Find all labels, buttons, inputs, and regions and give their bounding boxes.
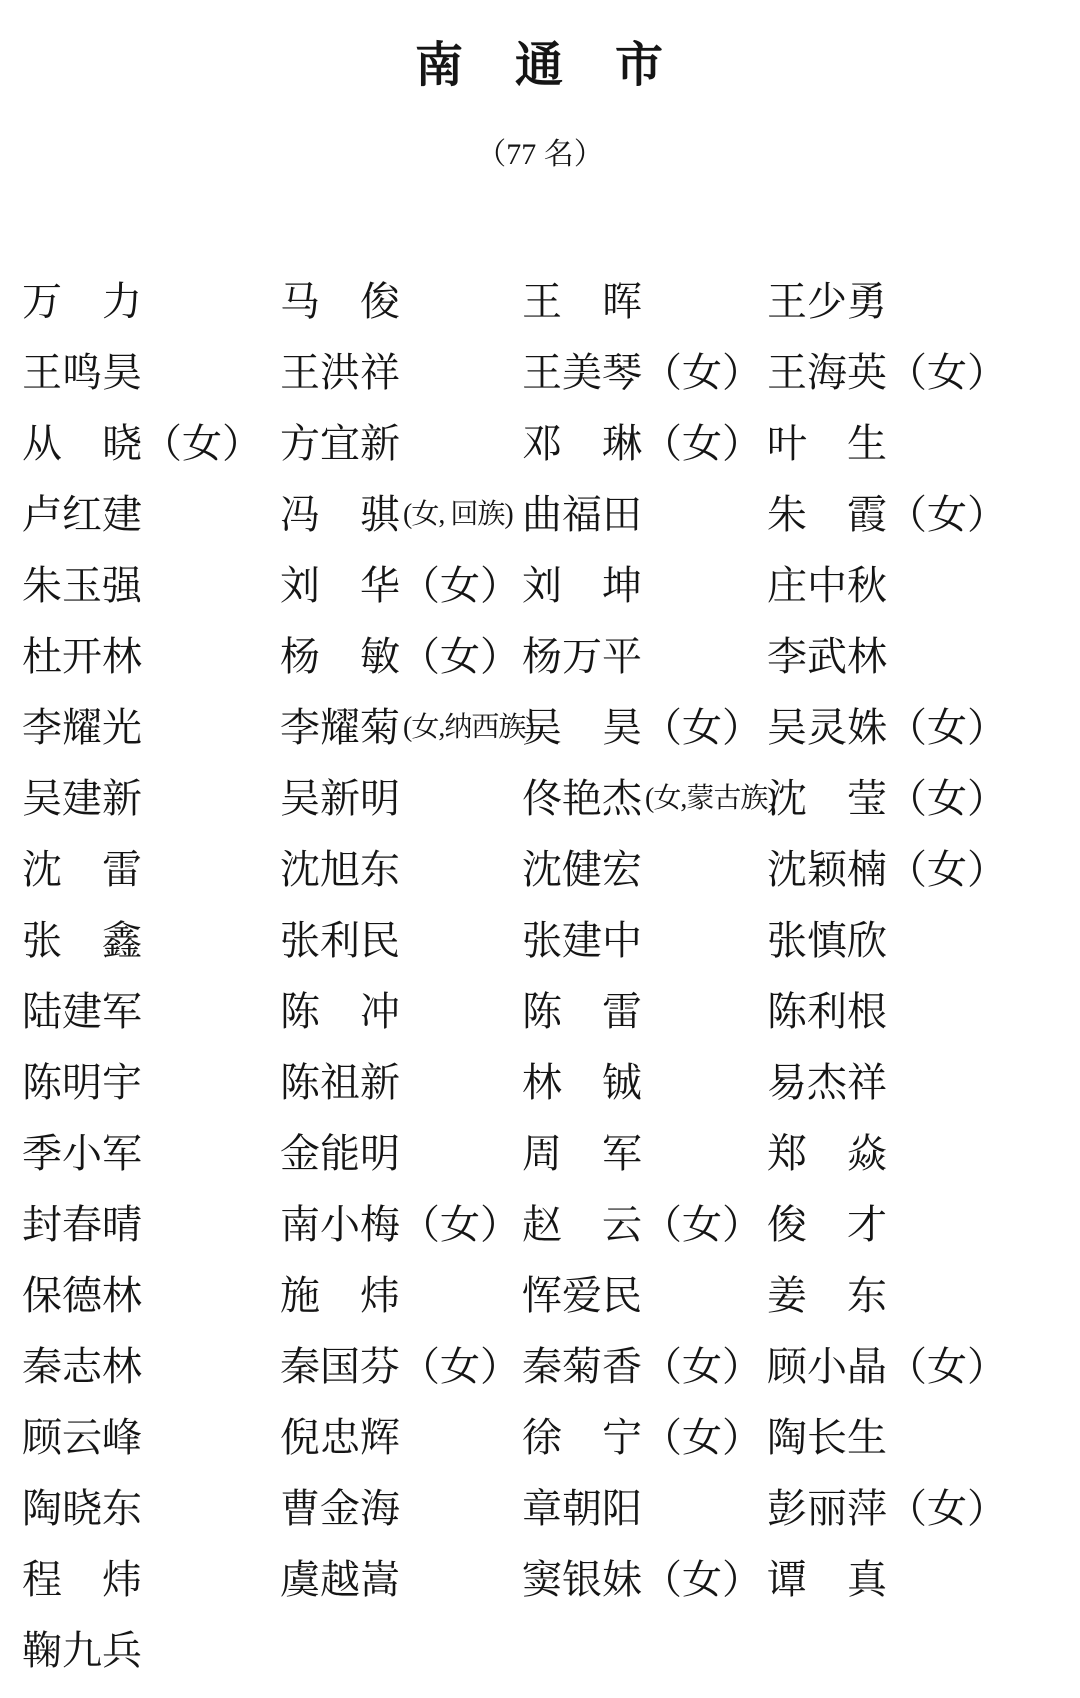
name-cell: 吴灵姝（女）: [767, 689, 1072, 760]
person-name: 徐 宁: [522, 1406, 642, 1463]
person-name: 章朝阳: [522, 1477, 642, 1534]
name-cell: 冯 骐(女, 回族): [280, 476, 522, 547]
name-cell: 王 晖: [522, 263, 767, 334]
name-cell: 季小军: [22, 1115, 280, 1186]
name-cell: 金能明: [280, 1115, 522, 1186]
name-cell: 王鸣昊: [22, 334, 280, 405]
person-name: 沈颖楠: [767, 838, 887, 895]
person-name: 鞠九兵: [22, 1619, 142, 1676]
person-name: 窦银妹: [522, 1548, 642, 1605]
person-name: 郑 焱: [767, 1122, 887, 1179]
name-cell: 张建中: [522, 902, 767, 973]
person-name: 王少勇: [767, 270, 887, 327]
name-cell: 彭丽萍（女）: [767, 1470, 1072, 1541]
person-name: 虞越嵩: [280, 1548, 400, 1605]
name-cell: 杨 敏（女）: [280, 618, 522, 689]
name-cell: 张 鑫: [22, 902, 280, 973]
name-cell: 吴 昊（女）: [522, 689, 767, 760]
name-cell: 周 军: [522, 1115, 767, 1186]
gender-ethnic-note: （女）: [887, 1335, 1007, 1392]
name-cell: 王洪祥: [280, 334, 522, 405]
gender-ethnic-note: （女）: [887, 696, 1007, 753]
name-cell: 窦银妹（女）: [522, 1541, 767, 1612]
person-name: 李耀光: [22, 696, 142, 753]
name-cell: 李耀菊(女,纳西族): [280, 689, 522, 760]
name-cell: 吴新明: [280, 760, 522, 831]
name-cell: 万 力: [22, 263, 280, 334]
person-name: 杨 敏: [280, 625, 400, 682]
name-cell: 保德林: [22, 1257, 280, 1328]
person-name: 陈 冲: [280, 980, 400, 1037]
person-name: 陈利根: [767, 980, 887, 1037]
name-cell: 沈 莹（女）: [767, 760, 1072, 831]
name-cell: 方宜新: [280, 405, 522, 476]
name-cell: 顾小晶（女）: [767, 1328, 1072, 1399]
name-cell: 沈旭东: [280, 831, 522, 902]
name-cell: 王美琴（女）: [522, 334, 767, 405]
gender-ethnic-note: （女）: [400, 625, 520, 682]
name-cell: 朱玉强: [22, 547, 280, 618]
person-name: 从 晓: [22, 412, 142, 469]
person-name: 刘 华: [280, 554, 400, 611]
name-cell: 曹金海: [280, 1470, 522, 1541]
person-name: 金能明: [280, 1122, 400, 1179]
person-name: 杨万平: [522, 625, 642, 682]
gender-ethnic-note: (女, 回族): [403, 492, 513, 532]
name-cell: 从 晓（女）: [22, 405, 280, 476]
document-page: 南 通 市 （77 名） 万 力马 俊王 晖王少勇王鸣昊王洪祥王美琴（女）王海英…: [0, 0, 1080, 1698]
person-name: 李耀菊: [280, 696, 400, 753]
person-name: 马 俊: [280, 270, 400, 327]
person-name: 沈 雷: [22, 838, 142, 895]
name-cell: 刘 华（女）: [280, 547, 522, 618]
person-name: 张利民: [280, 909, 400, 966]
person-name: 陈 雷: [522, 980, 642, 1037]
name-cell: 刘 坤: [522, 547, 767, 618]
name-cell: 恽爱民: [522, 1257, 767, 1328]
gender-ethnic-note: （女）: [642, 1335, 762, 1392]
name-cell: 虞越嵩: [280, 1541, 522, 1612]
page-title: 南 通 市: [0, 0, 1080, 95]
name-cell: 沈健宏: [522, 831, 767, 902]
person-name: 王 晖: [522, 270, 642, 327]
name-cell: 陈明宇: [22, 1044, 280, 1115]
person-name: 朱玉强: [22, 554, 142, 611]
person-name: 秦菊香: [522, 1335, 642, 1392]
gender-ethnic-note: （女）: [142, 412, 262, 469]
name-cell: 秦菊香（女）: [522, 1328, 767, 1399]
person-name: 叶 生: [767, 412, 887, 469]
person-name: 刘 坤: [522, 554, 642, 611]
name-cell: [280, 1612, 522, 1683]
name-cell: 姜 东: [767, 1257, 1072, 1328]
person-name: 秦志林: [22, 1335, 142, 1392]
name-cell: 易杰祥: [767, 1044, 1072, 1115]
person-name: 陈祖新: [280, 1051, 400, 1108]
gender-ethnic-note: （女）: [887, 341, 1007, 398]
person-name: 吴 昊: [522, 696, 642, 753]
person-name: 张慎欣: [767, 909, 887, 966]
person-name: 吴新明: [280, 767, 400, 824]
person-name: 曲福田: [522, 483, 642, 540]
name-cell: 邓 琳（女）: [522, 405, 767, 476]
person-name: 易杰祥: [767, 1051, 887, 1108]
gender-ethnic-note: （女）: [887, 767, 1007, 824]
person-name: 沈 莹: [767, 767, 887, 824]
person-name: 姜 东: [767, 1264, 887, 1321]
person-name: 万 力: [22, 270, 142, 327]
name-cell: 吴建新: [22, 760, 280, 831]
gender-ethnic-note: （女）: [400, 554, 520, 611]
person-name: 王鸣昊: [22, 341, 142, 398]
gender-ethnic-note: (女,纳西族): [403, 705, 534, 745]
name-cell: 南小梅（女）: [280, 1186, 522, 1257]
name-cell: 卢红建: [22, 476, 280, 547]
person-name: 王洪祥: [280, 341, 400, 398]
person-name: 俊 才: [767, 1193, 887, 1250]
person-name: 保德林: [22, 1264, 142, 1321]
name-cell: 章朝阳: [522, 1470, 767, 1541]
person-name: 南小梅: [280, 1193, 400, 1250]
name-cell: 秦国芬（女）: [280, 1328, 522, 1399]
person-name: 吴建新: [22, 767, 142, 824]
person-name: 王美琴: [522, 341, 642, 398]
name-cell: 赵 云（女）: [522, 1186, 767, 1257]
name-cell: 鞠九兵: [22, 1612, 280, 1683]
name-cell: 陶晓东: [22, 1470, 280, 1541]
name-cell: 杨万平: [522, 618, 767, 689]
gender-ethnic-note: （女）: [400, 1335, 520, 1392]
name-cell: 佟艳杰(女,蒙古族): [522, 760, 767, 831]
person-name: 吴灵姝: [767, 696, 887, 753]
name-cell: 施 炜: [280, 1257, 522, 1328]
gender-ethnic-note: （女）: [887, 483, 1007, 540]
person-name: 顾小晶: [767, 1335, 887, 1392]
name-cell: 封春晴: [22, 1186, 280, 1257]
name-cell: 陈祖新: [280, 1044, 522, 1115]
name-cell: [767, 1612, 1072, 1683]
name-cell: 马 俊: [280, 263, 522, 334]
person-name: 陆建军: [22, 980, 142, 1037]
person-name: 陈明宇: [22, 1051, 142, 1108]
person-name: 张 鑫: [22, 909, 142, 966]
person-name: 方宜新: [280, 412, 400, 469]
name-cell: 王少勇: [767, 263, 1072, 334]
gender-ethnic-note: （女）: [642, 1406, 762, 1463]
name-cell: 陆建军: [22, 973, 280, 1044]
person-name: 陶长生: [767, 1406, 887, 1463]
gender-ethnic-note: （女）: [642, 696, 762, 753]
name-cell: 倪忠辉: [280, 1399, 522, 1470]
name-cell: 陈 冲: [280, 973, 522, 1044]
name-cell: 沈 雷: [22, 831, 280, 902]
name-cell: 林 铖: [522, 1044, 767, 1115]
person-name: 倪忠辉: [280, 1406, 400, 1463]
gender-ethnic-note: （女）: [642, 412, 762, 469]
member-count: （77 名）: [0, 129, 1080, 173]
person-name: 赵 云: [522, 1193, 642, 1250]
person-name: 沈旭东: [280, 838, 400, 895]
person-name: 卢红建: [22, 483, 142, 540]
gender-ethnic-note: （女）: [887, 838, 1007, 895]
name-cell: 徐 宁（女）: [522, 1399, 767, 1470]
name-cell: 沈颖楠（女）: [767, 831, 1072, 902]
name-cell: 陈 雷: [522, 973, 767, 1044]
person-name: 彭丽萍: [767, 1477, 887, 1534]
name-cell: 程 炜: [22, 1541, 280, 1612]
name-cell: 俊 才: [767, 1186, 1072, 1257]
name-cell: 曲福田: [522, 476, 767, 547]
person-name: 陶晓东: [22, 1477, 142, 1534]
name-cell: 郑 焱: [767, 1115, 1072, 1186]
name-cell: [522, 1612, 767, 1683]
gender-ethnic-note: （女）: [642, 341, 762, 398]
person-name: 冯 骐: [280, 483, 400, 540]
person-name: 邓 琳: [522, 412, 642, 469]
person-name: 林 铖: [522, 1051, 642, 1108]
person-name: 张建中: [522, 909, 642, 966]
person-name: 程 炜: [22, 1548, 142, 1605]
name-cell: 顾云峰: [22, 1399, 280, 1470]
name-cell: 李武林: [767, 618, 1072, 689]
gender-ethnic-note: （女）: [642, 1193, 762, 1250]
gender-ethnic-note: （女）: [887, 1477, 1007, 1534]
name-cell: 谭 真: [767, 1541, 1072, 1612]
name-cell: 杜开林: [22, 618, 280, 689]
name-cell: 朱 霞（女）: [767, 476, 1072, 547]
name-cell: 王海英（女）: [767, 334, 1072, 405]
person-name: 施 炜: [280, 1264, 400, 1321]
person-name: 沈健宏: [522, 838, 642, 895]
name-list: 万 力马 俊王 晖王少勇王鸣昊王洪祥王美琴（女）王海英（女）从 晓（女）方宜新邓…: [22, 263, 1072, 1683]
person-name: 佟艳杰: [522, 767, 642, 824]
name-cell: 李耀光: [22, 689, 280, 760]
person-name: 朱 霞: [767, 483, 887, 540]
person-name: 谭 真: [767, 1548, 887, 1605]
person-name: 曹金海: [280, 1477, 400, 1534]
person-name: 秦国芬: [280, 1335, 400, 1392]
name-cell: 庄中秋: [767, 547, 1072, 618]
person-name: 杜开林: [22, 625, 142, 682]
person-name: 李武林: [767, 625, 887, 682]
name-cell: 张慎欣: [767, 902, 1072, 973]
name-cell: 陶长生: [767, 1399, 1072, 1470]
name-cell: 陈利根: [767, 973, 1072, 1044]
gender-ethnic-note: (女,蒙古族): [645, 776, 776, 816]
name-cell: 张利民: [280, 902, 522, 973]
name-cell: 叶 生: [767, 405, 1072, 476]
person-name: 王海英: [767, 341, 887, 398]
name-cell: 秦志林: [22, 1328, 280, 1399]
person-name: 庄中秋: [767, 554, 887, 611]
person-name: 季小军: [22, 1122, 142, 1179]
person-name: 恽爱民: [522, 1264, 642, 1321]
gender-ethnic-note: （女）: [400, 1193, 520, 1250]
person-name: 封春晴: [22, 1193, 142, 1250]
gender-ethnic-note: （女）: [642, 1548, 762, 1605]
person-name: 周 军: [522, 1122, 642, 1179]
person-name: 顾云峰: [22, 1406, 142, 1463]
